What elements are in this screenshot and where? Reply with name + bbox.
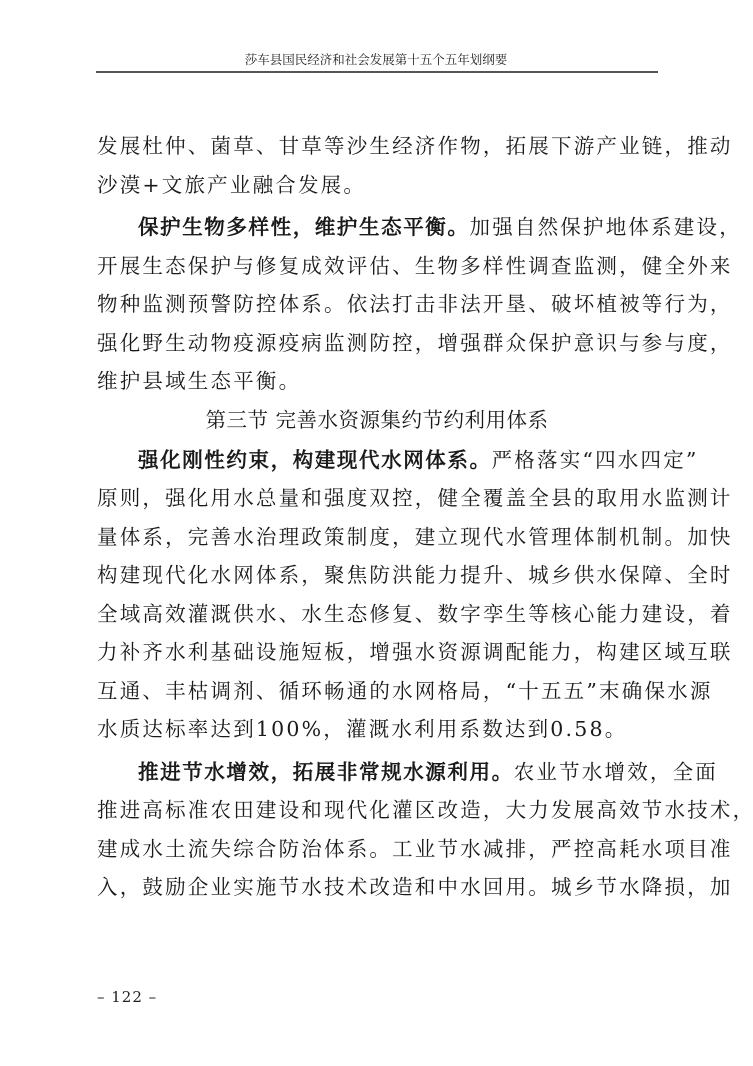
text-line: 物种监测预警防控体系。依法打击非法开垦、破坏植被等行为， (97, 285, 657, 324)
header-divider (96, 71, 658, 73)
paragraph-biodiversity: 保护生物多样性，维护生态平衡。加强自然保护地体系建设， 开展生态保护与修复成效评… (97, 208, 657, 401)
text-line: 互通、丰枯调剂、循环畅通的水网格局，“十五五”末确保水源 (97, 672, 657, 711)
text-line: 力补齐水利基础设施短板，增强水资源调配能力，构建区域互联 (97, 633, 657, 672)
paragraph-lead: 保护生物多样性，维护生态平衡。 (138, 215, 470, 239)
running-header-title: 莎车县国民经济和社会发展第十五个五年划纲要 (96, 50, 656, 68)
paragraph-desert-industry: 发展杜仲、菌草、甘草等沙生经济作物，拓展下游产业链，推动 沙漠+文旅产业融合发展… (97, 127, 657, 204)
text-line: 维护县域生态平衡。 (97, 362, 657, 401)
text-line: 沙漠+文旅产业融合发展。 (97, 166, 657, 205)
page-number: – 122 – (97, 988, 157, 1006)
text-span: 农业节水增效，全面 (514, 760, 718, 784)
section-heading: 第三节 完善水资源集约节约利用体系 (97, 401, 657, 441)
text-span: 加强自然保护地体系建设， (470, 215, 742, 239)
text-line: 构建现代化水网体系，聚焦防洪能力提升、城乡供水保障、全时 (97, 556, 657, 595)
text-line: 入，鼓励企业实施节水技术改造和中水回用。城乡节水降损，加 (97, 868, 657, 907)
text-line: 强化刚性约束，构建现代水网体系。严格落实“四水四定” (97, 441, 657, 480)
text-line: 量体系，完善水治理政策制度，建立现代水管理体制机制。加快 (97, 518, 657, 557)
text-line: 原则，强化用水总量和强度双控，健全覆盖全县的取用水监测计 (97, 479, 657, 518)
text-line: 开展生态保护与修复成效评估、生物多样性调查监测，健全外来 (97, 247, 657, 286)
document-body: 发展杜仲、菌草、甘草等沙生经济作物，拓展下游产业链，推动 沙漠+文旅产业融合发展… (97, 127, 657, 907)
text-line: 水质达标率达到100%，灌溉水利用系数达到0.58。 (97, 710, 657, 749)
text-line: 全域高效灌溉供水、水生态修复、数字孪生等核心能力建设，着 (97, 595, 657, 634)
text-line: 推进高标准农田建设和现代化灌区改造，大力发展高效节水技术， (97, 791, 657, 830)
paragraph-lead: 推进节水增效，拓展非常规水源利用。 (138, 760, 514, 784)
text-line: 强化野生动物疫源疫病监测防控，增强群众保护意识与参与度， (97, 324, 657, 363)
text-line: 推进节水增效，拓展非常规水源利用。农业节水增效，全面 (97, 753, 657, 792)
text-span: 严格落实“四水四定” (492, 448, 699, 472)
paragraph-lead: 强化刚性约束，构建现代水网体系。 (138, 448, 492, 472)
text-line: 建成水土流失综合防治体系。工业节水减排，严控高耗水项目准 (97, 830, 657, 869)
text-line: 保护生物多样性，维护生态平衡。加强自然保护地体系建设， (97, 208, 657, 247)
paragraph-water-saving: 推进节水增效，拓展非常规水源利用。农业节水增效，全面 推进高标准农田建设和现代化… (97, 753, 657, 907)
text-line: 发展杜仲、菌草、甘草等沙生经济作物，拓展下游产业链，推动 (97, 127, 657, 166)
paragraph-water-network: 强化刚性约束，构建现代水网体系。严格落实“四水四定” 原则，强化用水总量和强度双… (97, 441, 657, 749)
